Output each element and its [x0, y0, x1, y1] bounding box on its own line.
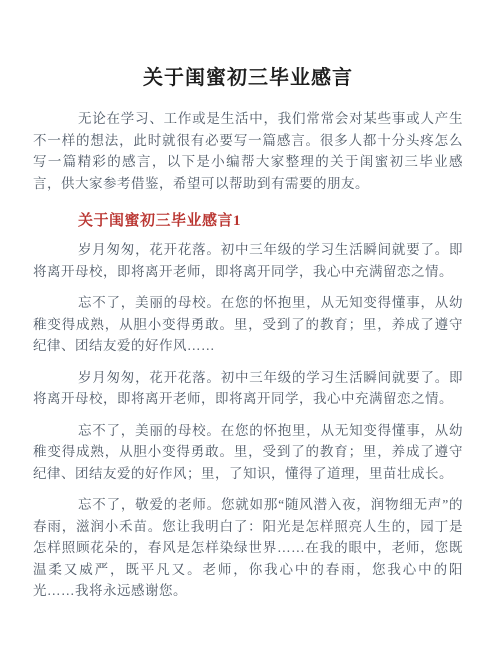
- body-paragraph: 忘不了，美丽的母校。在您的怀抱里，从无知变得懂事，从幼稚变得成熟，从胆小变得勇敢…: [33, 420, 463, 485]
- body-paragraph: 岁月匆匆，花开花落。初中三年级的学习生活瞬间就要了。即将离开母校，即将离开老师，…: [33, 367, 463, 410]
- body-paragraph: 忘不了，美丽的母校。在您的怀抱里，从无知变得懂事，从幼稚变得成熟，从胆小变得勇敢…: [33, 292, 463, 357]
- body-paragraph: 岁月匆匆，花开花落。初中三年级的学习生活瞬间就要了。即将离开母校，即将离开老师，…: [33, 239, 463, 282]
- intro-paragraph: 无论在学习、工作或是生活中，我们常常会对某些事或人产生不一样的想法，此时就很有必…: [33, 108, 463, 194]
- section-heading: 关于闺蜜初三毕业感言1: [33, 209, 463, 230]
- page-title: 关于闺蜜初三毕业感言: [33, 61, 463, 90]
- document-page: 关于闺蜜初三毕业感言 无论在学习、工作或是生活中，我们常常会对某些事或人产生不一…: [0, 0, 500, 647]
- body-paragraph: 忘不了，敬爱的老师。您就如那“随风潜入夜，润物细无声”的春雨，滋润小禾苗。您让我…: [33, 494, 463, 602]
